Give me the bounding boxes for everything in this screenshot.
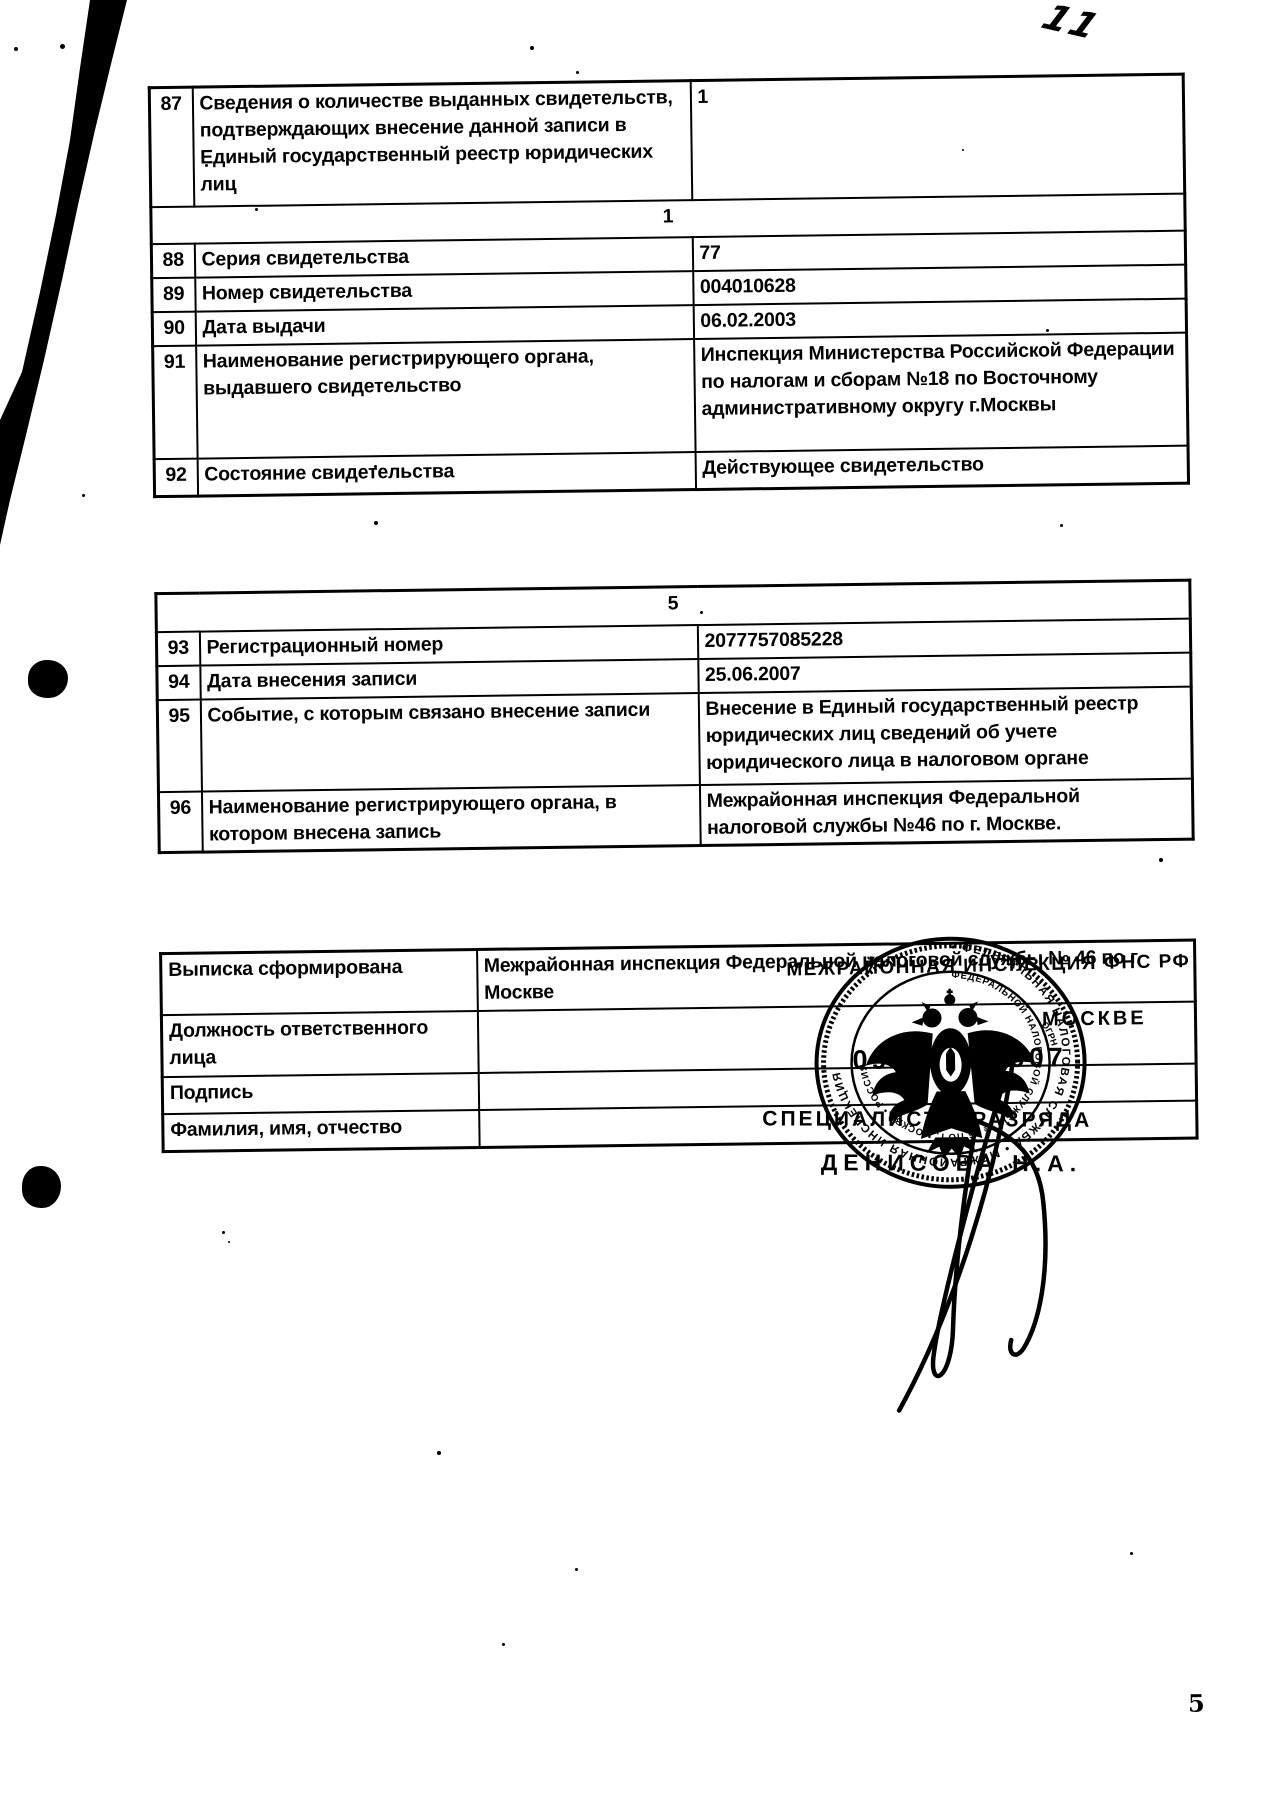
row-label: Наименование регистрирующего органа, в к… xyxy=(201,785,700,852)
row-number: 93 xyxy=(156,631,199,666)
row-label: Подпись xyxy=(162,1072,478,1113)
toner-speck xyxy=(374,465,377,468)
handwritten-sheet-number: 11 xyxy=(1035,0,1107,48)
row-number: 96 xyxy=(158,791,202,852)
table-row: 91 Наименование регистрирующего органа, … xyxy=(153,332,1188,459)
row-number: 88 xyxy=(151,243,194,278)
row-number: 89 xyxy=(152,277,195,312)
row-number: 95 xyxy=(157,699,201,792)
toner-speck xyxy=(1159,858,1163,862)
table-row: 96 Наименование регистрирующего органа, … xyxy=(158,778,1193,852)
record-table: 5 93 Регистрационный номер 2077757085228… xyxy=(154,579,1194,854)
row-label: Сведения о количестве выданных свидетель… xyxy=(192,81,692,207)
toner-speck xyxy=(947,735,952,740)
toner-speck xyxy=(575,1568,578,1571)
document-content: 11 87 Сведения о количестве выданных сви… xyxy=(0,0,1280,1818)
toner-speck xyxy=(700,611,703,614)
toner-speck xyxy=(1046,329,1049,332)
toner-speck xyxy=(374,521,378,525)
row-label: Выписка сформирована xyxy=(161,949,478,1014)
toner-speck xyxy=(1060,524,1063,527)
toner-speck xyxy=(255,208,258,211)
row-label: Событие, с которым связано внесение запи… xyxy=(200,693,699,792)
row-value: Действующее свидетельство xyxy=(695,445,1188,489)
row-label: Состояние свидетельства xyxy=(197,452,695,497)
toner-speck xyxy=(1130,1552,1133,1555)
row-value: Внесение в Единый государственный реестр… xyxy=(698,686,1192,784)
toner-speck xyxy=(576,71,579,74)
row-label: Фамилия, имя, отчество xyxy=(163,1109,479,1151)
row-number: 90 xyxy=(152,311,195,346)
row-number: 91 xyxy=(153,345,197,459)
toner-speck xyxy=(82,494,85,497)
table-row: 95 Событие, с которым связано внесение з… xyxy=(157,686,1192,792)
row-value: Инспекция Министерства Российской Федера… xyxy=(694,332,1188,451)
row-number: 94 xyxy=(157,665,200,700)
printed-page-number: 5 xyxy=(1188,1689,1205,1718)
row-number: 92 xyxy=(154,458,197,497)
table-row: 87 Сведения о количестве выданных свидет… xyxy=(149,74,1184,207)
scanned-document-page: 11 87 Сведения о количестве выданных сви… xyxy=(0,0,1280,1818)
row-value: Межрайонная инспекция Федеральной налого… xyxy=(699,778,1193,845)
toner-speck xyxy=(60,44,65,49)
row-value: 1 xyxy=(690,74,1185,199)
handwritten-signature xyxy=(789,1007,1135,1451)
toner-speck xyxy=(530,46,534,50)
toner-speck xyxy=(962,149,964,151)
toner-speck xyxy=(14,47,18,51)
toner-speck xyxy=(228,1241,230,1243)
certificate-table: 87 Сведения о количестве выданных свидет… xyxy=(148,73,1190,499)
toner-speck xyxy=(205,164,208,167)
toner-speck xyxy=(502,1643,505,1646)
row-number: 87 xyxy=(149,87,194,207)
row-label: Должность ответственного лица xyxy=(161,1010,478,1076)
row-label: Наименование регистрирующего органа, выд… xyxy=(196,339,695,459)
toner-speck xyxy=(222,1231,225,1234)
toner-speck xyxy=(437,1451,441,1455)
